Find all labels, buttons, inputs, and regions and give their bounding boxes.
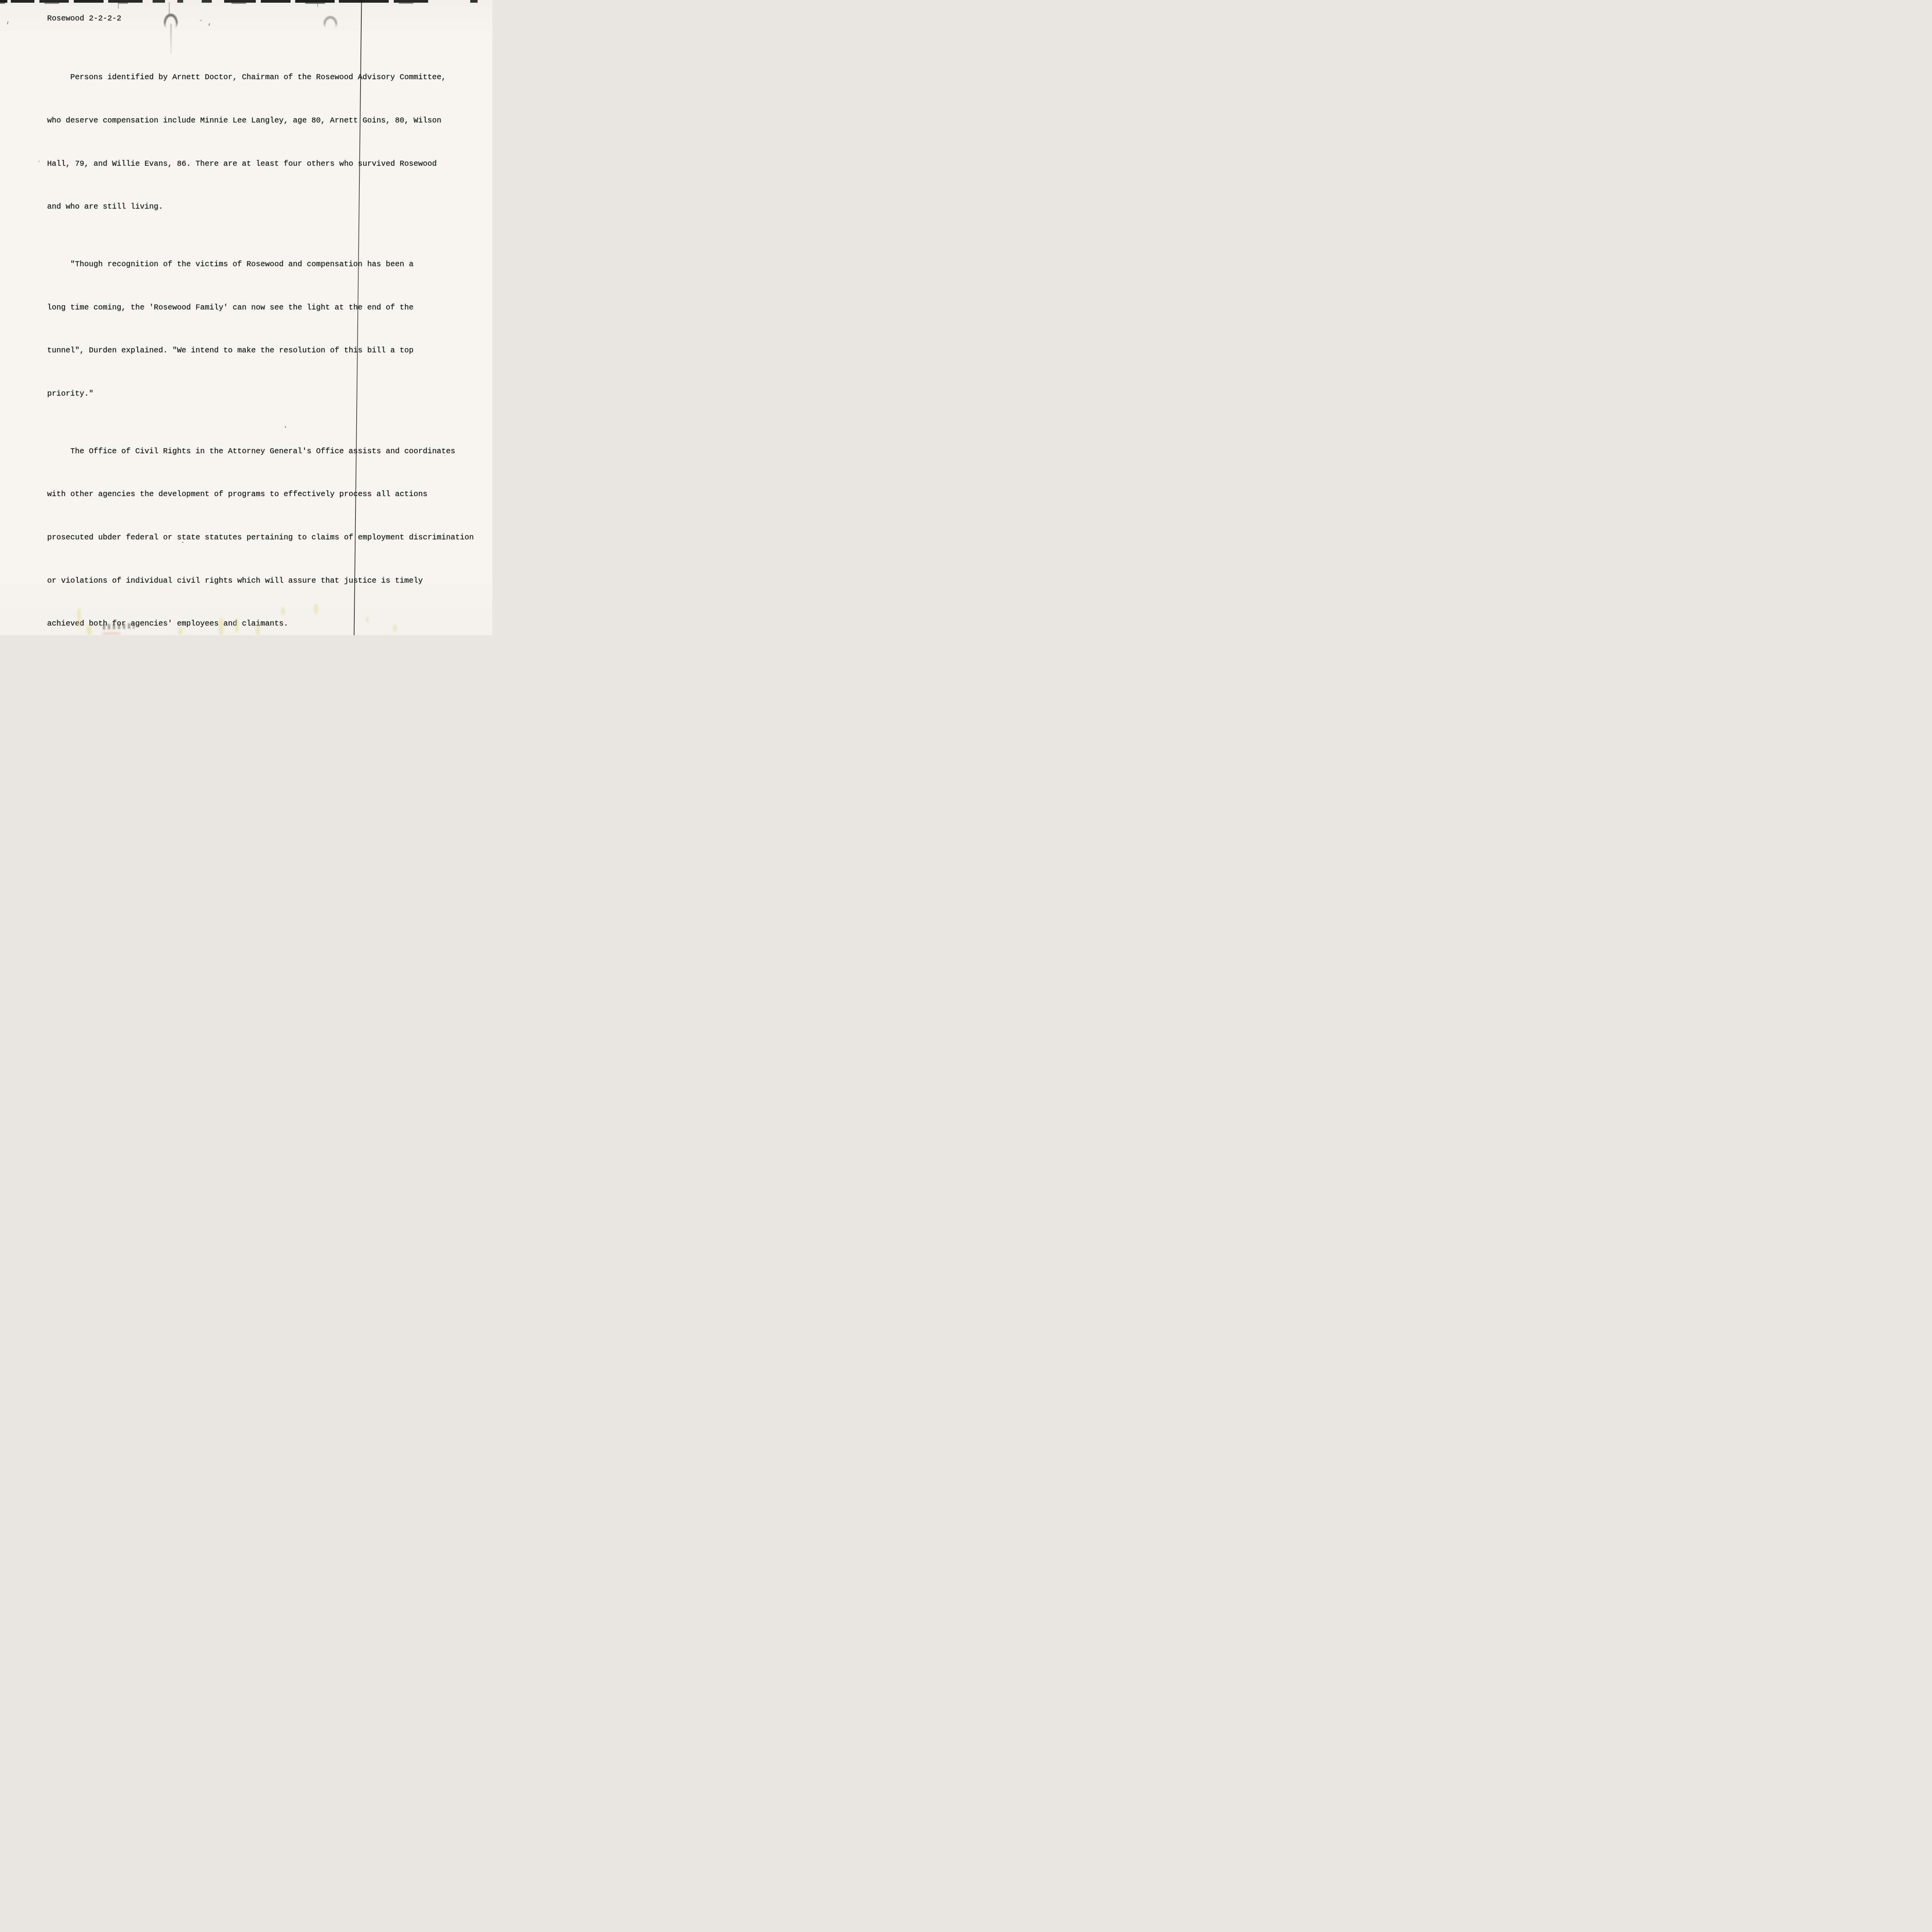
bottom-edge-smudge	[281, 607, 285, 615]
text-line: long time coming, the 'Rosewood Family' …	[47, 301, 488, 315]
bottom-edge-smudge	[393, 624, 396, 631]
bottom-edge-smudge	[256, 624, 260, 635]
document-body: Persons identified by Arnett Doctor, Cha…	[47, 42, 488, 635]
text-line: tunnel", Durden explained. "We intend to…	[47, 344, 488, 358]
text-line: Persons identified by Arnett Doctor, Cha…	[47, 70, 488, 85]
text-line: prosecuted ubder federal or state statut…	[47, 531, 488, 545]
scan-speck	[7, 21, 9, 24]
text-line: "Though recognition of the victims of Ro…	[47, 257, 488, 272]
bottom-edge-smudge	[235, 618, 238, 632]
bottom-edge-smudge	[366, 617, 369, 622]
bottom-edge-smudge	[314, 604, 318, 614]
scan-streak	[118, 2, 119, 9]
scan-streak	[169, 2, 170, 14]
scan-speck	[182, 542, 184, 543]
scan-speck	[285, 426, 286, 428]
bottom-edge-smudge	[102, 632, 121, 635]
bottom-edge-smudge	[179, 628, 182, 635]
text-line: with other agencies the development of p…	[47, 487, 488, 502]
scan-speck	[444, 455, 446, 456]
bottom-edge-smudge	[77, 608, 81, 628]
scanned-document-page: Rosewood 2-2-2-2 Persons identified by A…	[0, 0, 492, 635]
scan-speck	[39, 160, 39, 162]
scan-speck	[200, 20, 202, 21]
scan-streak	[317, 2, 318, 7]
page-header-label: Rosewood 2-2-2-2	[47, 12, 121, 26]
text-line: Hall, 79, and Willie Evans, 86. There ar…	[47, 157, 488, 171]
text-line: or violations of individual civil rights…	[47, 574, 488, 588]
text-line: The Office of Civil Rights in the Attorn…	[47, 444, 488, 459]
bottom-edge-smudge	[103, 623, 134, 630]
text-line: who deserve compensation include Minnie …	[47, 114, 488, 128]
punch-hole-right	[323, 15, 338, 31]
torn-top-edge-artifact	[0, 0, 492, 3]
scan-speck	[208, 23, 210, 26]
bottom-edge-smudge	[219, 617, 223, 635]
text-line: and who are still living.	[47, 200, 488, 214]
bottom-edge-smudge	[87, 625, 92, 635]
text-line: priority."	[47, 387, 488, 401]
